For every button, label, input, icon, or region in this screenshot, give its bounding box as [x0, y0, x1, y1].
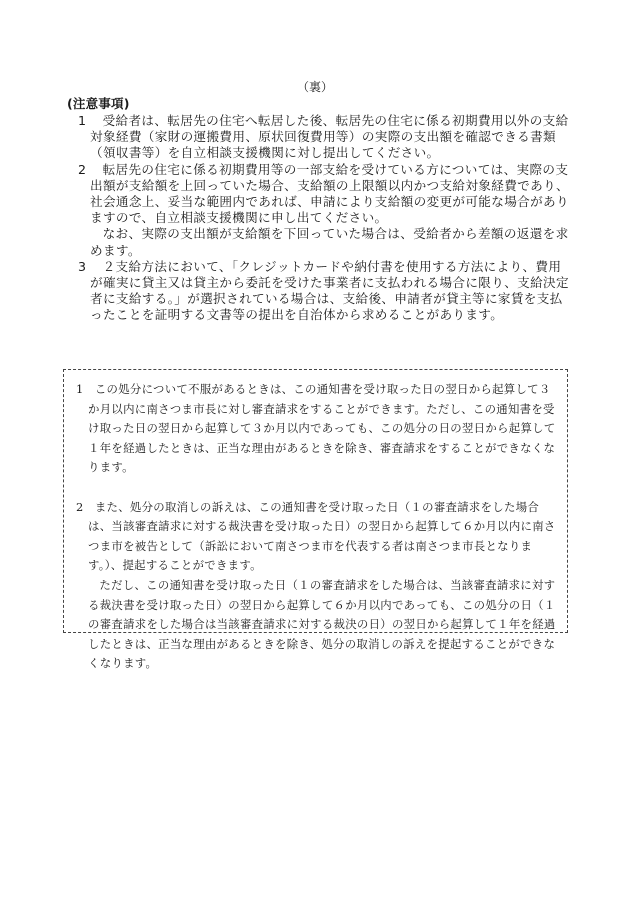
notice-text: また、処分の取消しの訴えは、この通知書を受け取った日（１の審査請求をした場合は、…: [88, 498, 560, 576]
notice-item-2: 2 また、処分の取消しの訴えは、この通知書を受け取った日（１の審査請求をした場合…: [76, 498, 560, 674]
notice-number: 2: [76, 498, 84, 518]
notes-heading: (注意事項): [67, 96, 130, 112]
note-text: 転居先の住宅に係る初期費用等の一部支給を受けている方については、実際の支出額が支…: [90, 162, 570, 227]
spacer: [76, 478, 560, 498]
note-text: 受給者は、転居先の住宅へ転居した後、転居先の住宅に係る初期費用以外の支給対象経費…: [90, 113, 570, 162]
appeal-notice-content: 1 この処分について不服があるときは、この通知書を受け取った日の翌日から起算して…: [76, 380, 560, 674]
note-item-1: 1 受給者は、転居先の住宅へ転居した後、転居先の住宅に係る初期費用以外の支給対象…: [78, 113, 570, 162]
note-item-3: 3 ２支給方法において、「クレジットカードや納付書を使用する方法により、費用が確…: [78, 259, 570, 324]
notice-text: この処分について不服があるときは、この通知書を受け取った日の翌日から起算して３か…: [88, 380, 560, 478]
page-title: （裏）: [0, 79, 630, 95]
notice-item-1: 1 この処分について不服があるときは、この通知書を受け取った日の翌日から起算して…: [76, 380, 560, 478]
note-item-2: 2 転居先の住宅に係る初期費用等の一部支給を受けている方については、実際の支出額…: [78, 162, 570, 259]
notice-subtext: ただし、この通知書を受け取った日（１の審査請求をした場合は、当該審査請求に対する…: [88, 576, 560, 674]
appeal-notice-box: 1 この処分について不服があるときは、この通知書を受け取った日の翌日から起算して…: [63, 369, 568, 633]
note-number: 1: [78, 113, 90, 129]
note-subtext: なお、実際の支出額が支給額を下回っていた場合は、受給者から差額の返還を求めます。: [90, 226, 570, 258]
note-number: 3: [78, 259, 90, 275]
notice-number: 1: [76, 380, 84, 400]
note-number: 2: [78, 162, 90, 178]
notes-list: 1 受給者は、転居先の住宅へ転居した後、転居先の住宅に係る初期費用以外の支給対象…: [78, 113, 570, 324]
note-text: ２支給方法において、「クレジットカードや納付書を使用する方法により、費用が確実に…: [90, 259, 570, 324]
